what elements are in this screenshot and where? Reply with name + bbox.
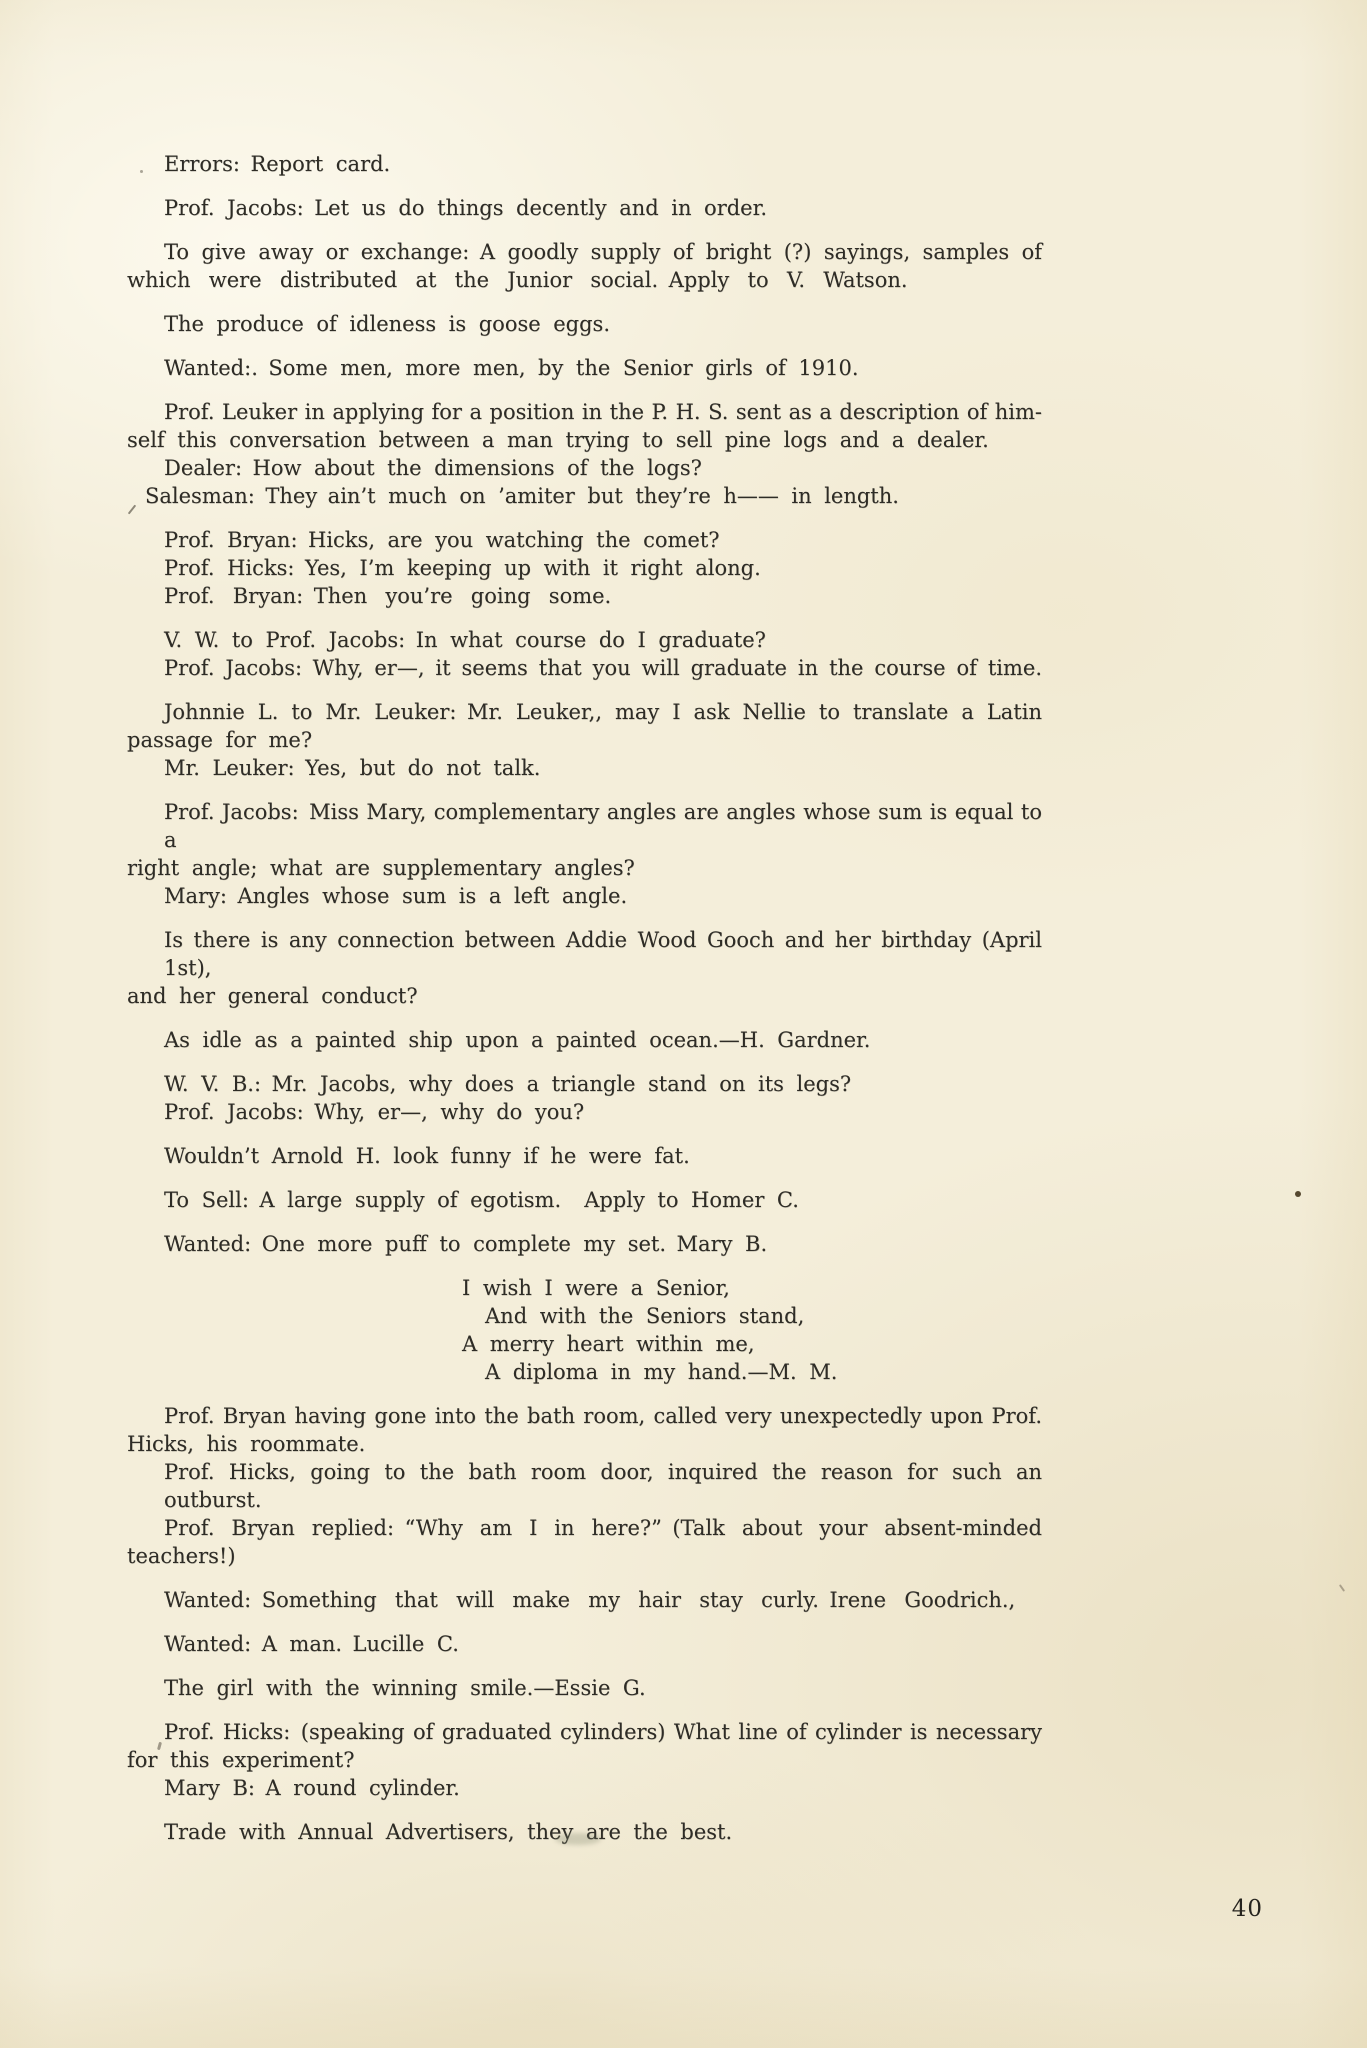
- text-line: Mary B: A round cylinder.: [127, 1774, 1042, 1802]
- text-line: teachers!): [127, 1542, 1042, 1570]
- text-line: Prof. Leuker in applying for a position …: [127, 398, 1042, 426]
- ink-speck: [140, 170, 143, 173]
- text-line: Salesman: They ain’t much on ’amiter but…: [127, 482, 1042, 510]
- text-line: Prof. Bryan replied: “Why am I in here?”…: [127, 1514, 1042, 1542]
- paragraph: Wanted: A man. Lucille C.: [127, 1630, 1042, 1658]
- scan-smudge: [555, 1833, 601, 1845]
- paragraph: V. W. to Prof. Jacobs: In what course do…: [127, 626, 1042, 682]
- paragraph: Prof. Leuker in applying for a position …: [127, 398, 1042, 510]
- ink-speck: [1295, 1191, 1301, 1197]
- text-line: Wanted:. Some men, more men, by the Seni…: [127, 354, 1042, 382]
- text-line: The produce of idleness is goose eggs.: [127, 310, 1042, 338]
- text-line: V. W. to Prof. Jacobs: In what course do…: [127, 626, 1042, 654]
- text-line: Prof. Hicks, going to the bath room door…: [127, 1458, 1042, 1514]
- text-line: To Sell: A large supply of egotism. Appl…: [127, 1186, 1042, 1214]
- poem-line: A merry heart within me,: [462, 1330, 1042, 1358]
- text-line: Dealer: How about the dimensions of the …: [127, 454, 1042, 482]
- paragraph: W. V. B.: Mr. Jacobs, why does a triangl…: [127, 1070, 1042, 1126]
- text-line: Prof. Hicks: Yes, I’m keeping up with it…: [127, 554, 1042, 582]
- text-line: for this experiment?: [127, 1746, 1042, 1774]
- ink-speck: [1339, 1584, 1345, 1592]
- text-line: Wouldn’t Arnold H. look funny if he were…: [127, 1142, 1042, 1170]
- poem-line: A diploma in my hand.—M. M.: [462, 1358, 1042, 1386]
- poem-line: I wish I were a Senior,: [462, 1274, 1042, 1302]
- paragraph: Prof. Bryan: Hicks, are you watching the…: [127, 526, 1042, 610]
- text-line: and her general conduct?: [127, 982, 1042, 1010]
- text-line: Wanted: A man. Lucille C.: [127, 1630, 1042, 1658]
- paragraph: Wouldn’t Arnold H. look funny if he were…: [127, 1142, 1042, 1170]
- text-line: Wanted: Something that will make my hair…: [127, 1586, 1042, 1614]
- text-line: Prof. Jacobs: Why, er—, it seems that yo…: [127, 654, 1042, 682]
- text-line: The girl with the winning smile.—Essie G…: [127, 1674, 1042, 1702]
- text-line: which were distributed at the Junior soc…: [127, 266, 1042, 294]
- paragraph: Wanted: Something that will make my hair…: [127, 1586, 1042, 1614]
- paragraph: Errors: Report card.: [127, 150, 1042, 178]
- poem-line: And with the Seniors stand,: [462, 1302, 1042, 1330]
- paragraph: Prof. Bryan having gone into the bath ro…: [127, 1402, 1042, 1570]
- text-line: right angle; what are supplementary angl…: [127, 854, 1042, 882]
- text-line: Prof. Bryan: Hicks, are you watching the…: [127, 526, 1042, 554]
- text-column: Errors: Report card. Prof. Jacobs: Let u…: [127, 150, 1042, 1862]
- text-line: To give away or exchange: A goodly suppl…: [127, 238, 1042, 266]
- paragraph: The produce of idleness is goose eggs.: [127, 310, 1042, 338]
- text-line: self this conversation between a man try…: [127, 426, 1042, 454]
- paragraph: Prof. Jacobs: Let us do things decently …: [127, 194, 1042, 222]
- text-line: Prof. Hicks: (speaking of graduated cyli…: [127, 1718, 1042, 1746]
- text-line: Johnnie L. to Mr. Leuker: Mr. Leuker,, m…: [127, 698, 1042, 726]
- paragraph: To give away or exchange: A goodly suppl…: [127, 238, 1042, 294]
- paragraph: Is there is any connection between Addie…: [127, 926, 1042, 1010]
- text-line: Mr. Leuker: Yes, but do not talk.: [127, 754, 1042, 782]
- paragraph: Johnnie L. to Mr. Leuker: Mr. Leuker,, m…: [127, 698, 1042, 782]
- text-line: Prof. Bryan having gone into the bath ro…: [127, 1402, 1042, 1430]
- paragraph: To Sell: A large supply of egotism. Appl…: [127, 1186, 1042, 1214]
- text-line: Mary: Angles whose sum is a left angle.: [127, 882, 1042, 910]
- paragraph: The girl with the winning smile.—Essie G…: [127, 1674, 1042, 1702]
- paragraph: Wanted:. Some men, more men, by the Seni…: [127, 354, 1042, 382]
- text-line: Hicks, his roommate.: [127, 1430, 1042, 1458]
- paragraph: Prof. Hicks: (speaking of graduated cyli…: [127, 1718, 1042, 1802]
- text-line: Prof. Bryan: Then you’re going some.: [127, 582, 1042, 610]
- poem: I wish I were a Senior, And with the Sen…: [462, 1274, 1042, 1386]
- text-line: Prof. Jacobs: Let us do things decently …: [127, 194, 1042, 222]
- paragraph: Wanted: One more puff to complete my set…: [127, 1230, 1042, 1258]
- text-line: Errors: Report card.: [127, 150, 1042, 178]
- paragraph: As idle as a painted ship upon a painted…: [127, 1026, 1042, 1054]
- text-line: passage for me?: [127, 726, 1042, 754]
- text-line: Wanted: One more puff to complete my set…: [127, 1230, 1042, 1258]
- paragraph: Prof. Jacobs: Miss Mary, complementary a…: [127, 798, 1042, 910]
- scanned-page: Errors: Report card. Prof. Jacobs: Let u…: [0, 0, 1367, 2048]
- text-line: Prof. Jacobs: Why, er—, why do you?: [127, 1098, 1042, 1126]
- text-line: W. V. B.: Mr. Jacobs, why does a triangl…: [127, 1070, 1042, 1098]
- text-line: As idle as a painted ship upon a painted…: [127, 1026, 1042, 1054]
- text-line: Prof. Jacobs: Miss Mary, complementary a…: [127, 798, 1042, 854]
- text-line: Is there is any connection between Addie…: [127, 926, 1042, 982]
- page-number: 40: [1232, 1896, 1263, 1922]
